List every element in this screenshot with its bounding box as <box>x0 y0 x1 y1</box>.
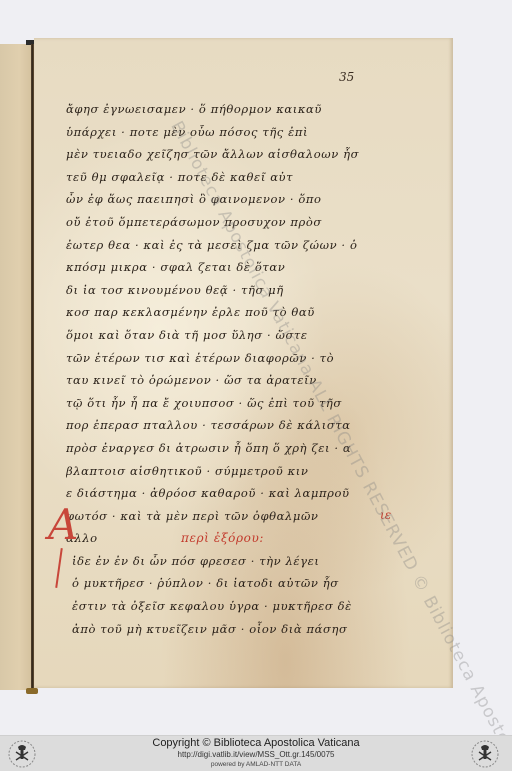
text-line: μὲν τυειαδο χεῖζησ τῶν ἄλλων αἰσθαλοων ἧ… <box>66 143 396 166</box>
text-line: ε διάστημα · ἀθρόοσ καθαροῦ · καὶ λαμπρο… <box>66 482 396 505</box>
text-line: τῷ ὅτι ἦν ἦ πα ἔ χοιυπσοσ · ὥς ἐπὶ τοῦ τ… <box>66 392 396 415</box>
text-line: κπόσμ μικρα · σφαλ ζεται δὲ ὅταν <box>66 256 396 279</box>
text-line: ταυ κινεῖ τὸ ὁρώμενον · ὥσ τα ἀρατεῖν <box>66 369 396 392</box>
vatican-library-seal-icon <box>7 739 37 769</box>
rubric-title: περὶ ἐξόρου: <box>181 531 264 545</box>
powered-by-text: powered by AMLAD-NTT DATA <box>0 760 512 770</box>
text-line: ἄφησ ἐγνωεισαμεν · ὅ πήθορμον καικαῦ <box>66 98 396 121</box>
manuscript-link[interactable]: http://digi.vatlib.it/view/MSS_Ott.gr.14… <box>178 750 335 759</box>
text-line: ὅμοι καὶ ὅταν διὰ τῆ μοσ ὕλησ · ὥστε <box>66 324 396 347</box>
chapter-line: ἐστιν τὰ ὀξεῖσ κεφαλου ὑγρα · μυκτῆρεσ δ… <box>66 595 396 618</box>
manuscript-text: ἄφησ ἐγνωεισαμεν · ὅ πήθορμον καικαῦ ὑπά… <box>66 98 396 640</box>
vatican-library-seal-icon <box>470 739 500 769</box>
heading-left-text: ἄλλο <box>66 527 181 550</box>
folio-number: 35 <box>339 70 354 84</box>
text-line: τῶν ἑτέρων τισ καὶ ἑτέρων διαφορῶν · τὸ <box>66 347 396 370</box>
red-initial-letter: Α <box>48 504 78 546</box>
spine-cap-bottom <box>26 688 38 694</box>
section-heading: ἄλλοπερὶ ἐξόρου: <box>66 527 396 550</box>
text-line: δι ἰα τοσ κινουμένου θεᾷ · τῆσ μῆ <box>66 279 396 302</box>
copyright-text: Copyright © Biblioteca Apostolica Vatica… <box>0 737 512 750</box>
text-line: τεῦ θμ σφαλεῖᾳ · ποτε δὲ καθεῖ αὐτ <box>66 166 396 189</box>
chapter-line: ἀπὸ τοῦ μὴ κτυεῖζειν μᾶσ · οἷον διὰ πάση… <box>66 618 396 641</box>
manuscript-folio: 35 ἄφησ ἐγνωεισαμεν · ὅ πήθορμον καικαῦ … <box>34 38 453 688</box>
chapter-line: ὁ μυκτῆρεσ · ῥύπλον · δι ἰατοδι αὐτῶν ἧσ <box>66 572 396 595</box>
copyright-footer: Copyright © Biblioteca Apostolica Vatica… <box>0 735 512 771</box>
text-line: φωτόσ · καὶ τὰ μὲν περὶ τῶν ὀφθαλμῶν <box>66 505 396 528</box>
text-line: κοσ παρ κεκλασμένην ἐρλε ποῦ τὸ θαῦ <box>66 301 396 324</box>
chapter-line: ἰδε ἐν ἐν δι ὧν πόσ φρεσεσ · τὴν λέγει <box>66 550 396 573</box>
text-line: ὑπάρχει · ποτε μὲν οὖω πόσος τῆς ἐπὶ <box>66 121 396 144</box>
manuscript-viewer: 35 ἄφησ ἐγνωεισαμεν · ὅ πήθορμον καικαῦ … <box>0 0 512 735</box>
initial-flourish <box>55 548 63 588</box>
facing-page-edge <box>0 44 32 690</box>
manuscript-url[interactable]: http://digi.vatlib.it/view/MSS_Ott.gr.14… <box>0 750 512 760</box>
